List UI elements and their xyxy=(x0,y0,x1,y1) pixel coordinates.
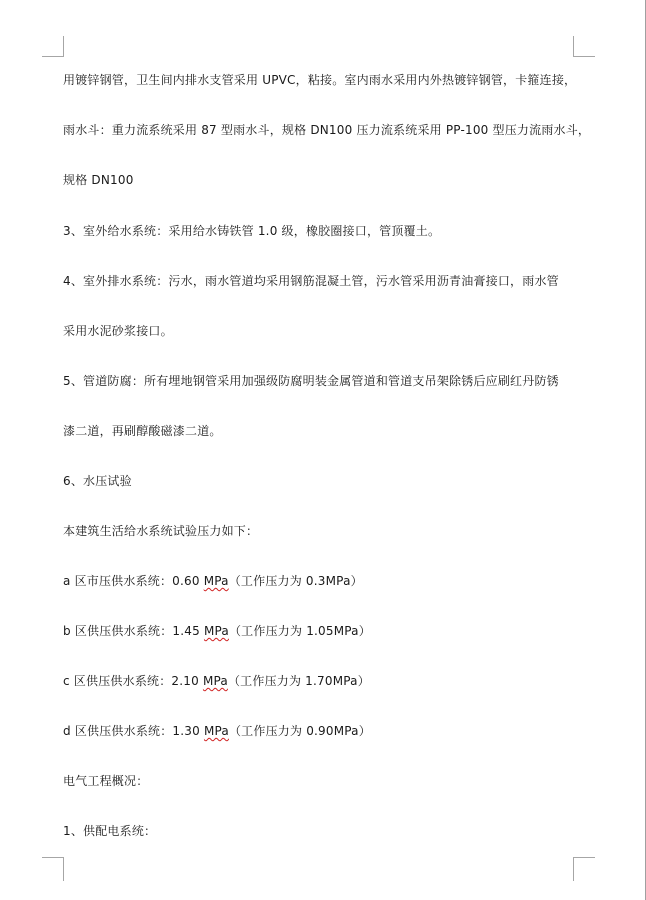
corner-mark-top-right xyxy=(573,36,595,57)
paragraph-line: 采用水泥砂浆接口。 xyxy=(63,324,173,338)
section-heading-water-test: 6、水压试验 xyxy=(63,474,132,488)
pressure-item-note: （工作压力为 1.05MPa） xyxy=(229,624,371,638)
corner-mark-bottom-right xyxy=(573,857,595,881)
corner-mark-bottom-left xyxy=(42,857,64,881)
spellcheck-word[interactable]: MPa xyxy=(204,624,229,638)
paragraph-line: 4、室外排水系统：污水，雨水管道均采用钢筋混凝土管，污水管采用沥青油膏接口，雨水… xyxy=(63,274,559,288)
subsection-heading-power-supply: 1、供配电系统： xyxy=(63,824,156,838)
corner-mark-top-left xyxy=(42,36,64,57)
pressure-item-note: （工作压力为 0.90MPa） xyxy=(229,724,371,738)
document-page: 用镀锌钢管，卫生间内排水支管采用 UPVC，粘接。室内雨水采用内外热镀锌钢管，卡… xyxy=(0,0,646,900)
paragraph-line: 用镀锌钢管，卫生间内排水支管采用 UPVC，粘接。室内雨水采用内外热镀锌钢管，卡… xyxy=(63,73,576,87)
section-heading-electrical: 电气工程概况： xyxy=(63,774,148,788)
paragraph-line: 5、管道防腐：所有埋地钢管采用加强级防腐明装金属管道和管道支吊架除锈后应刷红丹防… xyxy=(63,374,559,388)
pressure-item-c: c 区供压供水系统：2.10 MPa（工作压力为 1.70MPa） xyxy=(63,674,370,688)
paragraph-line: 3、室外给水系统：采用给水铸铁管 1.0 级，橡胶圈接口，管顶覆土。 xyxy=(63,224,440,238)
pressure-item-note: （工作压力为 1.70MPa） xyxy=(228,674,370,688)
spellcheck-word[interactable]: MPa xyxy=(203,674,228,688)
paragraph-line: 漆二道，再刷醇酸磁漆二道。 xyxy=(63,424,222,438)
pressure-item-text: a 区市压供水系统：0.60 xyxy=(63,574,204,588)
paragraph-line: 规格 DN100 xyxy=(63,173,134,187)
pressure-item-d: d 区供压供水系统：1.30 MPa（工作压力为 0.90MPa） xyxy=(63,724,371,738)
pressure-item-text: b 区供压供水系统：1.45 xyxy=(63,624,204,638)
paragraph-line: 本建筑生活给水系统试验压力如下： xyxy=(63,524,258,538)
paragraph-line: 雨水斗：重力流系统采用 87 型雨水斗，规格 DN100 压力流系统采用 PP-… xyxy=(63,123,590,137)
pressure-item-text: c 区供压供水系统：2.10 xyxy=(63,674,203,688)
pressure-item-b: b 区供压供水系统：1.45 MPa（工作压力为 1.05MPa） xyxy=(63,624,371,638)
spellcheck-word[interactable]: MPa xyxy=(204,724,229,738)
spellcheck-word[interactable]: MPa xyxy=(204,574,229,588)
pressure-item-a: a 区市压供水系统：0.60 MPa（工作压力为 0.3MPa） xyxy=(63,574,363,588)
pressure-item-note: （工作压力为 0.3MPa） xyxy=(229,574,363,588)
pressure-item-text: d 区供压供水系统：1.30 xyxy=(63,724,204,738)
